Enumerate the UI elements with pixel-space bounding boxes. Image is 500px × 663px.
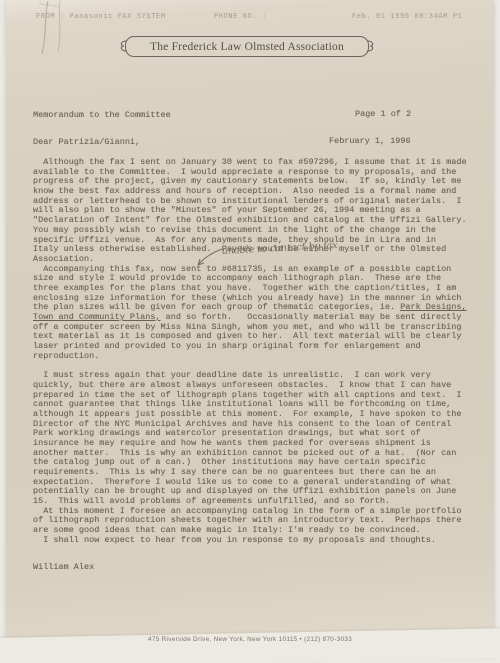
pencil-scribble-marks (25, 0, 85, 58)
memo-title: Memorandum to the Committee (33, 110, 171, 120)
memo-date: February 1, 1996 (329, 136, 411, 146)
logo-flourish-left-icon (117, 38, 129, 54)
letterhead-logo: The Frederick Law Olmsted Association (125, 36, 369, 57)
memo-body-line: laser printed and provided to you in sha… (33, 342, 473, 352)
organization-name: The Frederick Law Olmsted Association (150, 41, 344, 53)
fax-header-phone: PHONE NO. : (214, 13, 267, 21)
logo-flourish-right-icon (365, 38, 377, 54)
memo-body: Although the fax I sent on January 30 we… (33, 158, 473, 546)
footer-address: 475 Riverside Drive, New York, New York … (0, 636, 500, 643)
memo-body-line: I shall now expect to hear from you in r… (33, 536, 473, 546)
memo-body-line: reproduction. (33, 352, 473, 362)
fax-header-from: FROM : Panasonic FAX SYSTEM (36, 13, 166, 21)
page-indicator: Page 1 of 2 (355, 109, 411, 119)
fax-scan-page: FROM : Panasonic FAX SYSTEM PHONE NO. : … (0, 0, 500, 663)
paper-bottom-edge (0, 628, 500, 663)
memo-salutation: Dear Patrizia/Gianni, (33, 137, 140, 147)
fax-header-timestamp: Feb. 01 1996 08:34AM P1 (352, 13, 462, 21)
handwritten-correction: a (285, 468, 290, 477)
signature: William Alex (33, 562, 94, 572)
